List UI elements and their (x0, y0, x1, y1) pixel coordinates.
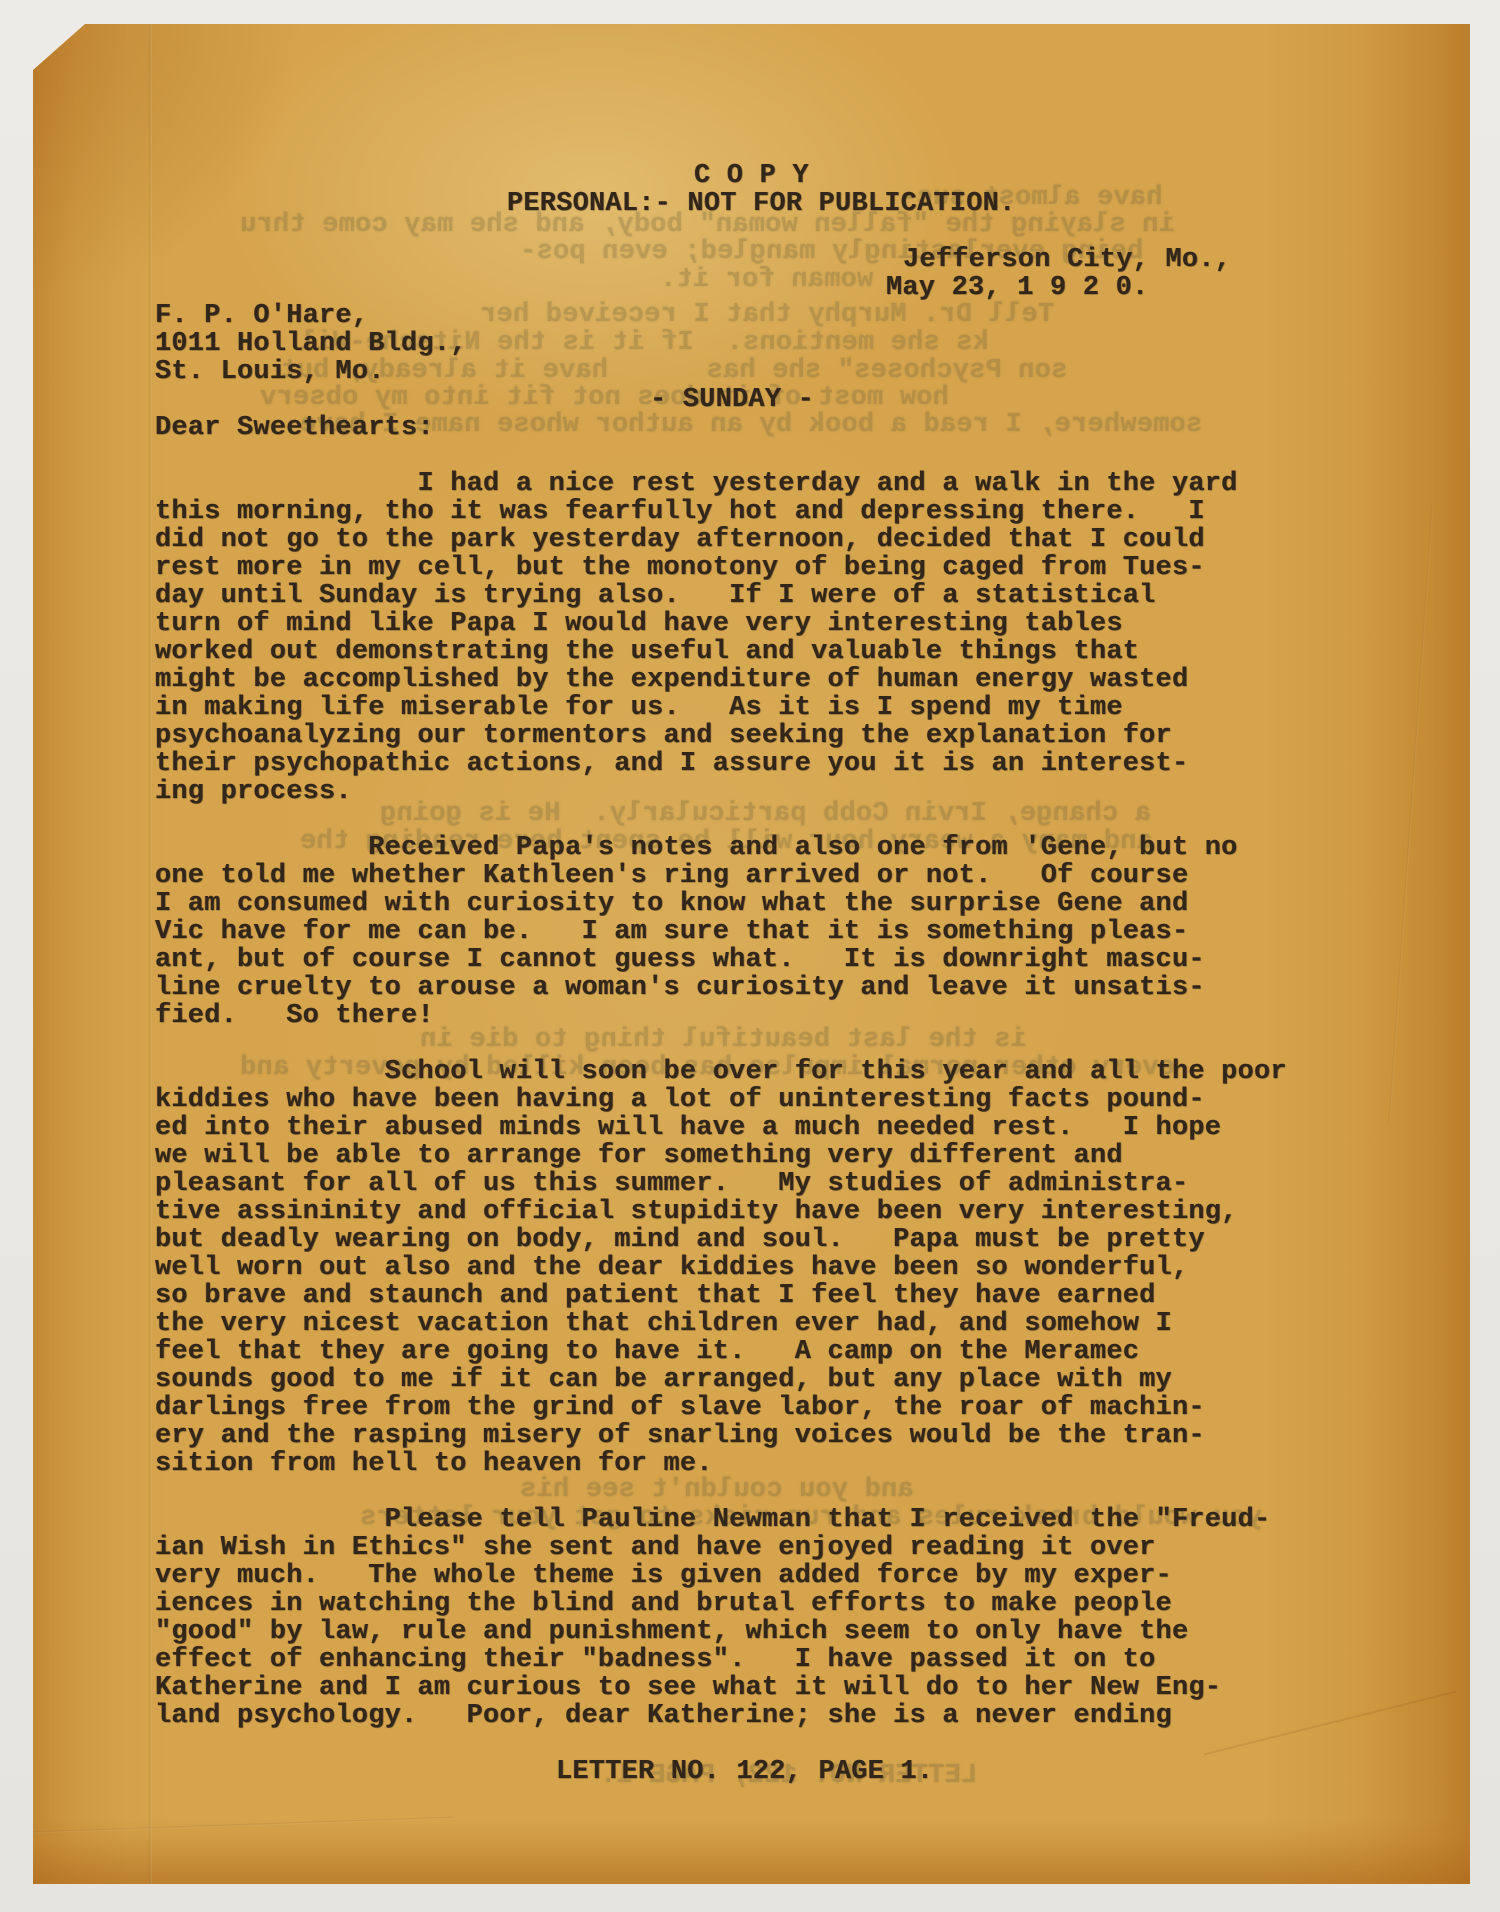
typed-line: feel that they are going to have it. A c… (155, 1338, 1335, 1366)
typed-line: kiddies who have been having a lot of un… (155, 1086, 1335, 1114)
typed-line: the very nicest vacation that children e… (155, 1310, 1335, 1338)
typed-line: this morning, tho it was fearfully hot a… (155, 498, 1335, 526)
personal-label: PERSONAL:- NOT FOR PUBLICATION. (507, 190, 1335, 218)
typed-line: fied. So there! (155, 1002, 1335, 1030)
addressee-line: F. P. O'Hare, (155, 302, 1335, 330)
typed-line: one told me whether Kathleen's ring arri… (155, 862, 1335, 890)
typed-line: I am consumed with curiosity to know wha… (155, 890, 1335, 918)
typed-line: ian Wish in Ethics" she sent and have en… (155, 1534, 1335, 1562)
typed-line: well worn out also and the dear kiddies … (155, 1254, 1335, 1282)
typed-line: psychoanalyzing our tormentors and seeki… (155, 722, 1335, 750)
typed-line: Received Papa's notes and also one from … (155, 834, 1335, 862)
letter-paper: have almost suc-in slaying the "fallen w… (33, 24, 1470, 1884)
typed-line: line cruelty to arouse a woman's curiosi… (155, 974, 1335, 1002)
typed-line: Vic have for me can be. I am sure that i… (155, 918, 1335, 946)
typed-line: Please tell Pauline Newman that I receiv… (155, 1506, 1335, 1534)
typed-line: iences in watching the blind and brutal … (155, 1590, 1335, 1618)
typed-line: School will soon be over for this year a… (155, 1058, 1335, 1086)
blank-line (155, 1030, 1335, 1058)
typed-line: Katherine and I am curious to see what i… (155, 1674, 1335, 1702)
footer-line: LETTER NO. 122, PAGE 1. (556, 1758, 1335, 1786)
copy-label: C O P Y (694, 162, 1335, 190)
typed-text-layer: C O P YPERSONAL:- NOT FOR PUBLICATION. J… (155, 162, 1335, 1786)
typed-line: turn of mind like Papa I would have very… (155, 610, 1335, 638)
typed-line: worked out demonstrating the useful and … (155, 638, 1335, 666)
typed-line: tive assininity and official stupidity h… (155, 1198, 1335, 1226)
typed-line: ing process. (155, 778, 1335, 806)
typed-line: sounds good to me if it can be arranged,… (155, 1366, 1335, 1394)
addressee-line: 1011 Holland Bldg., (155, 330, 1335, 358)
typed-line: might be accomplished by the expenditure… (155, 666, 1335, 694)
typed-line: their psychopathic actions, and I assure… (155, 750, 1335, 778)
typed-line: effect of enhancing their "badness". I h… (155, 1646, 1335, 1674)
typed-line: rest more in my cell, but the monotony o… (155, 554, 1335, 582)
typed-line: but deadly wearing on body, mind and sou… (155, 1226, 1335, 1254)
typed-line: sition from hell to heaven for me. (155, 1450, 1335, 1478)
salutation: Dear Sweethearts: (155, 414, 1335, 442)
blank-line (155, 806, 1335, 834)
blank-line (155, 1478, 1335, 1506)
typed-line: ery and the rasping misery of snarling v… (155, 1422, 1335, 1450)
typed-line: in making life miserable for us. As it i… (155, 694, 1335, 722)
typed-line: I had a nice rest yesterday and a walk i… (155, 470, 1335, 498)
typed-line: very much. The whole theme is given adde… (155, 1562, 1335, 1590)
blank-line (155, 218, 1335, 246)
addressee-line: St. Louis, Mo. (155, 358, 1335, 386)
place-line: Jefferson City, Mo., (903, 246, 1335, 274)
blank-line (155, 442, 1335, 470)
typed-line: we will be able to arrange for something… (155, 1142, 1335, 1170)
typed-line: did not go to the park yesterday afterno… (155, 526, 1335, 554)
typed-line: day until Sunday is trying also. If I we… (155, 582, 1335, 610)
typed-line: so brave and staunch and patient that I … (155, 1282, 1335, 1310)
day-label: - SUNDAY - (650, 386, 1335, 414)
date-line: May 23, 1 9 2 0. (886, 274, 1335, 302)
typed-line: ed into their abused minds will have a m… (155, 1114, 1335, 1142)
typed-line: darlings free from the grind of slave la… (155, 1394, 1335, 1422)
typed-line: pleasant for all of us this summer. My s… (155, 1170, 1335, 1198)
typed-line: "good" by law, rule and punishment, whic… (155, 1618, 1335, 1646)
blank-line (155, 1730, 1335, 1758)
typed-line: land psychology. Poor, dear Katherine; s… (155, 1702, 1335, 1730)
typed-line: ant, but of course I cannot guess what. … (155, 946, 1335, 974)
